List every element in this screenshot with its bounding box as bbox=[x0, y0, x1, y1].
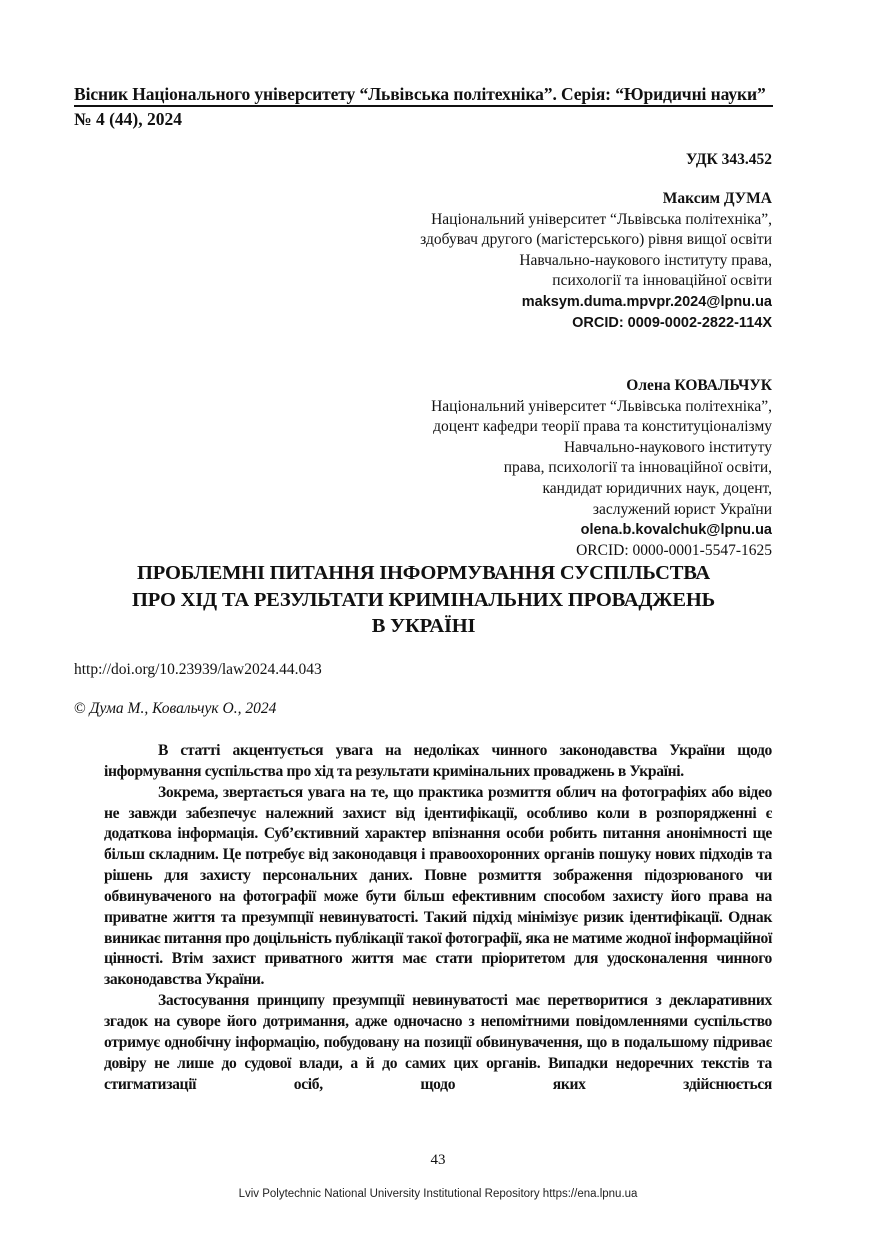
author-email[interactable]: maksym.duma.mpvpr.2024@lpnu.ua bbox=[420, 292, 772, 313]
author-affiliation-line: здобувач другого (магістерського) рівня … bbox=[420, 230, 772, 251]
author-affiliation-line: доцент кафедри теорії права та конституц… bbox=[431, 417, 772, 438]
article-title: ПРОБЛЕМНІ ПИТАННЯ ІНФОРМУВАННЯ СУСПІЛЬСТ… bbox=[74, 560, 773, 640]
author-affiliation-line: права, психології та інноваційної освіти… bbox=[431, 458, 772, 479]
author-name: Максим ДУМА bbox=[420, 189, 772, 210]
copyright-notice: © Дума М., Ковальчук О., 2024 bbox=[74, 699, 276, 719]
document-page: Вісник Національного університету “Львів… bbox=[0, 0, 876, 1240]
author-block: Максим ДУМА Національний університет “Ль… bbox=[420, 189, 772, 333]
author-affiliation-line: Національний університет “Львівська полі… bbox=[420, 210, 772, 231]
title-line: В УКРАЇНІ bbox=[74, 613, 773, 640]
issue-number: № 4 (44), 2024 bbox=[74, 108, 182, 130]
title-line: ПРО ХІД ТА РЕЗУЛЬТАТИ КРИМІНАЛЬНИХ ПРОВА… bbox=[74, 587, 773, 614]
author-affiliation-line: Навчально-наукового інституту права, bbox=[420, 251, 772, 272]
header-rule bbox=[74, 105, 773, 107]
author-orcid: ORCID: 0009-0002-2822-114X bbox=[420, 313, 772, 334]
journal-header: Вісник Національного університету “Львів… bbox=[74, 84, 773, 104]
doi-link[interactable]: http://doi.org/10.23939/law2024.44.043 bbox=[74, 660, 322, 680]
udc-code: УДК 343.452 bbox=[686, 150, 772, 171]
abstract-paragraph: Застосування принципу презумпції невинув… bbox=[104, 991, 772, 1095]
author-email[interactable]: olena.b.kovalchuk@lpnu.ua bbox=[431, 520, 772, 541]
abstract-paragraph: Зокрема, звертається увага на те, що пра… bbox=[104, 783, 772, 991]
author-affiliation-line: кандидат юридичних наук, доцент, bbox=[431, 479, 772, 500]
author-orcid: ORCID: 0000-0001-5547-1625 bbox=[431, 541, 772, 562]
author-affiliation-line: Національний університет “Львівська полі… bbox=[431, 397, 772, 418]
author-affiliation-line: заслужений юрист України bbox=[431, 500, 772, 521]
page-number: 43 bbox=[0, 1150, 876, 1170]
copyright-text: Дума М., Ковальчук О., 2024 bbox=[86, 700, 277, 717]
copyright-icon: © bbox=[74, 700, 86, 717]
author-affiliation-line: психології та інноваційної освіти bbox=[420, 271, 772, 292]
author-block: Олена КОВАЛЬЧУК Національний університет… bbox=[431, 376, 772, 561]
abstract-paragraph: В статті акцентується увага на недоліках… bbox=[104, 741, 772, 783]
abstract: В статті акцентується увага на недоліках… bbox=[104, 741, 772, 1095]
title-line: ПРОБЛЕМНІ ПИТАННЯ ІНФОРМУВАННЯ СУСПІЛЬСТ… bbox=[74, 560, 773, 587]
author-affiliation-line: Навчально-наукового інституту bbox=[431, 438, 772, 459]
author-name: Олена КОВАЛЬЧУК bbox=[431, 376, 772, 397]
repository-footer: Lviv Polytechnic National University Ins… bbox=[0, 1186, 876, 1202]
